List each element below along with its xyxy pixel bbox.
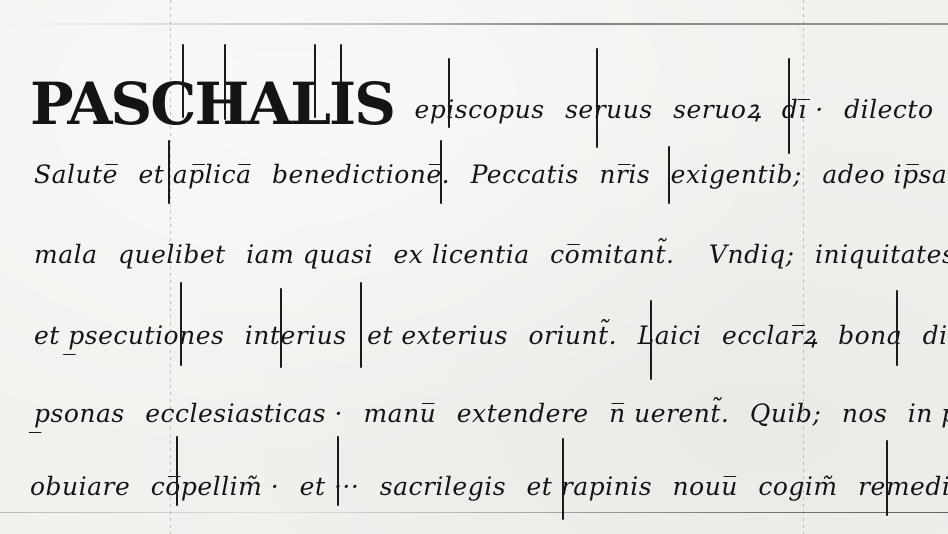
manuscript-line-3: mala quelibet iam quasi ex licentia co̅m… [34,240,948,269]
top-rule [0,23,948,25]
word: obuiare [30,472,130,501]
ascender-stroke [337,436,339,506]
word: p̲sonas [34,399,125,428]
word: interius [245,321,347,350]
word: Peccatis [471,160,579,189]
bottom-rule [0,512,948,513]
erased-word: et ··· [300,472,360,501]
word: ecclar̅ꝝ [722,318,818,352]
word: nouu̅ [673,472,738,501]
manuscript-line-1: PASCHALIS episcopus seruus seruoꝝ di̅ · … [30,70,948,138]
manuscript-line-2: Salute̅ et ap̅lica̅ benedictione̅. Pecca… [34,160,948,189]
word: iniquitates [815,240,948,269]
word: et rapinis [527,472,653,501]
ascender-stroke [886,440,888,516]
ascender-stroke [650,300,652,380]
word: adeo ip̅sa [822,160,947,189]
manuscript-line-5: p̲sonas ecclesiasticas · manu̅ extendere… [34,396,948,430]
word: diripiunt, [923,321,948,350]
word: iam quasi [246,240,373,269]
word: episcopus [415,95,545,124]
word: seruus [565,95,653,124]
word: extendere [457,399,589,428]
ascender-stroke [562,438,564,520]
ascender-stroke [668,146,670,204]
ascender-stroke [176,436,178,506]
ascender-stroke [168,140,170,204]
word: remediu̅ [858,472,948,501]
ascender-stroke [896,290,898,366]
word: ecclesiasticas · [145,399,343,428]
word: cogim̃ [758,472,837,501]
ascender-stroke [440,140,442,204]
word: nos [842,399,887,428]
ascender-stroke [314,44,316,118]
word: mala [34,240,98,269]
word: bona [838,321,902,350]
word: in pastoꝝ [908,396,948,430]
word: Quib; [750,399,822,428]
word: exigentib; [671,160,802,189]
ascender-stroke [224,44,226,120]
word: et p̲secutiones [34,321,224,350]
ascender-stroke [360,282,362,368]
ascender-stroke [596,48,598,148]
word: benedictione̅. [272,160,450,189]
word: sacrilegis [380,472,506,501]
word: Laici [638,321,702,350]
ascender-stroke [448,58,450,128]
word: et ap̅lica̅ [138,160,251,189]
word: co̅mitant̃. [550,240,674,269]
word: manu̅ [363,399,436,428]
word: seruoꝝ [673,92,761,126]
manuscript-page: PASCHALIS episcopus seruus seruoꝝ di̅ · … [0,0,948,534]
manuscript-line-6: obuiare co̅pellim̃ · et ··· sacrilegis e… [30,472,948,501]
word: ex licentia [394,240,530,269]
word: co̅pellim̃ · [151,472,279,501]
word: n̅ uerent̃. [609,399,729,428]
word: dilecto [844,95,933,124]
ascender-stroke [788,58,790,154]
ascender-stroke [340,44,342,118]
ascender-stroke [180,282,182,366]
manuscript-line-4: et p̲secutiones interius et exterius ori… [34,318,948,352]
word: nr̅is [599,160,650,189]
word: et exterius [367,321,508,350]
word: Vndiq; [709,240,795,269]
word: oriunt̃. [528,321,617,350]
ascender-stroke [280,288,282,368]
ascender-stroke [182,44,184,118]
word: quelibet [118,240,226,269]
word: Salute̅ [34,160,118,189]
